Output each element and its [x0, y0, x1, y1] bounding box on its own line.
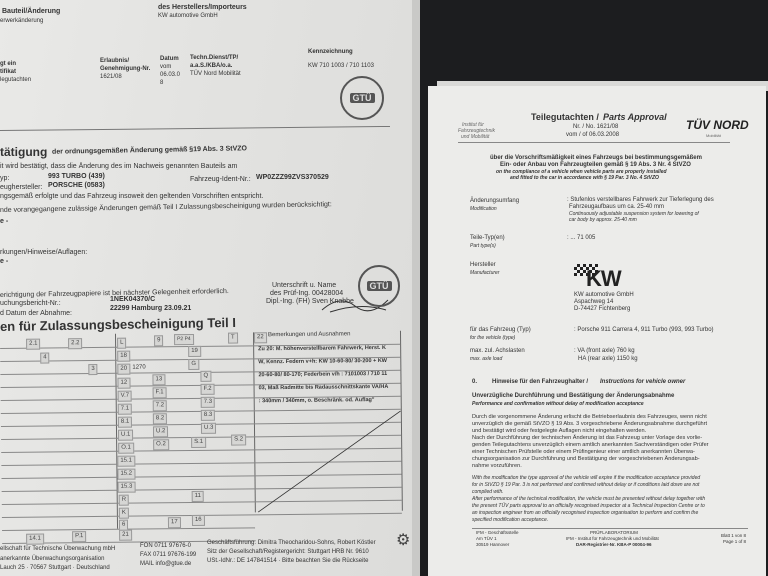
- permit-label-2: Genehmigung-Nr.: [100, 66, 150, 72]
- footer-city: 30519 Hannover: [476, 542, 509, 547]
- field-P2-P4: P2 P4: [174, 334, 194, 345]
- manufacturer-name: KW automotive GmbH: [574, 292, 634, 298]
- marking-value: KW 710 1003 / 710 1103: [308, 63, 374, 69]
- document-date: vom / of 06.03.2008: [566, 132, 619, 138]
- vehicle-type-label: für das Fahrzeug (Typ): [470, 327, 531, 333]
- field-K: K: [119, 508, 129, 519]
- body-line: Durch die vorgenommene Änderung erlischt…: [472, 414, 707, 420]
- vehicle-type-label-en: for the vehicle (type): [470, 335, 515, 341]
- section-title-en: Instructions for vehicle owner: [600, 379, 685, 385]
- date-value: 06.03.0: [160, 72, 180, 78]
- body-line: for in StVZO § 19 Par. 3 is not performe…: [472, 482, 699, 488]
- date-value-2: 8: [160, 80, 163, 86]
- remarks-label: rkungen/Hinweise/Auflagen:: [0, 249, 87, 256]
- footer-lab: PRÜFLABORATORIUM: [590, 530, 638, 535]
- manufacturer-label: des Herstellers/Importeurs: [158, 4, 247, 11]
- body-line: genden Teilegutachtens unverzüglich eine…: [472, 442, 709, 448]
- body-line: After performance of the technical modif…: [472, 496, 705, 502]
- paper-edge: [412, 0, 420, 576]
- field-O2: O.2: [153, 439, 169, 450]
- field-O1: O.1: [118, 443, 134, 454]
- front-axle-load: : VA (front axle) 760 kg: [574, 348, 635, 354]
- footer-office: IFM - Geschäftsstelle: [476, 530, 519, 535]
- date-label: Datum: [160, 56, 179, 62]
- section-title-de: Hinweise für den Fahrzeughalter /: [492, 379, 588, 385]
- modification-value-en-2: car body by approx. 25-40 mm: [569, 217, 637, 223]
- remarks-line: Zu 20: M. höhenverstellbarem Fahrwerk, H…: [258, 345, 386, 352]
- field-3: 3: [88, 364, 97, 375]
- remarks-none: e -: [0, 258, 8, 265]
- body-line: chungsorganisation zur Durchführung und …: [472, 456, 700, 462]
- field-S1: S.1: [191, 437, 206, 448]
- type-value: 993 TURBO (439): [48, 173, 105, 180]
- confirmation-line: it wird bestätigt, dass die Änderung des…: [0, 163, 237, 170]
- sub-title-en: Performance and confirmation without del…: [472, 401, 644, 407]
- body-line: the present TÜV parts approval to an off…: [472, 503, 705, 509]
- field-15-1: 15.1: [117, 456, 135, 467]
- confirmation-title: tätigung: [0, 145, 47, 159]
- field-7-3: 7.3: [201, 397, 215, 408]
- field-18: 18: [117, 351, 130, 362]
- field-8-2: 8.2: [153, 413, 167, 424]
- field-20: 20: [117, 364, 130, 375]
- service-label: Techn.Dienst/TP/: [190, 55, 238, 61]
- tuv-nord-logo: TÜV NORD: [686, 118, 749, 132]
- permit-label: Erlaubnis/: [100, 58, 129, 64]
- institute-line-3: und Mobilität: [461, 134, 489, 140]
- footer-fax: FAX 0711 97676-199: [140, 552, 196, 558]
- field-11: 11: [192, 491, 204, 502]
- subtitle-de-2: Ein- oder Anbau von Fahrzeugteilen gemäß…: [500, 162, 691, 168]
- axle-load-label: max. zul. Achslasten: [470, 348, 525, 354]
- modification-value: : Stufenlos verstellbares Fahrwerk zur T…: [567, 197, 714, 203]
- footer-company-2: anerkannte Überwachungsorganisation: [0, 556, 104, 562]
- place-date-label: d Datum der Abnahme:: [0, 310, 72, 317]
- inspection-stamp-signature: GTÜ: [358, 265, 400, 307]
- axle-load-label-en: max. axle load: [470, 356, 502, 362]
- document-title-de: Teilegutachten /: [531, 112, 599, 122]
- footer-registration: DAR-Registrier-Nr. KBA-P 00004-96: [576, 542, 651, 547]
- row-left-1: gt ein: [0, 61, 16, 67]
- gtue-logo: GTÜ: [350, 93, 375, 103]
- page-indicator-en: Page 1 of 8: [723, 539, 746, 544]
- footer-institute: IFM - Institut für Fahrzeugtechnik und M…: [566, 536, 659, 541]
- footer-seat: Sitz der Gesellschaft/Registergericht: S…: [207, 549, 369, 555]
- field-2-1: 2.1: [26, 339, 40, 350]
- conformity-line: ngsgemäß erfolgte und das Fahrzeug insow…: [0, 193, 263, 200]
- modification-label: Änderungsumfang: [470, 198, 519, 204]
- gtue-logo-2: GTÜ: [367, 281, 392, 291]
- vin-value: WP0ZZZ99ZVS370529: [256, 174, 329, 181]
- vehicle-type-value: : Porsche 911 Carrera 4, 911 Turbo (993,…: [574, 327, 714, 333]
- field-7-2: 7.2: [153, 400, 167, 411]
- body-line: specified modification acceptance.: [472, 517, 548, 523]
- sub-title-de: Unverzügliche Durchführung und Bestätigu…: [472, 393, 674, 399]
- field-12: 12: [117, 378, 130, 389]
- tuv-nord-sub: Mobilität: [706, 133, 721, 138]
- maker-label: eughersteller:: [0, 184, 42, 191]
- footer-street: Am TÜV 1: [476, 536, 497, 541]
- type-label: yp:: [0, 175, 9, 182]
- body-line: an inspection engineer from an officiall…: [472, 510, 698, 516]
- service-value: TÜV Nord Mobilität: [190, 71, 241, 77]
- component-value: erwerkänderung: [0, 18, 43, 24]
- remarks-line: W, Kennz. Federn v+h: KW 10-60-80/ 30-20…: [258, 358, 387, 365]
- footer-address: Lauch 25 · 70567 Stuttgart · Deutschland: [0, 565, 110, 571]
- field-4: 4: [40, 352, 49, 363]
- part-type-value: : ... 71 005: [567, 235, 595, 241]
- field-8-1: 8.1: [118, 417, 132, 428]
- previous-changes-line: nde vorangegangene zulässige Änderungen …: [0, 201, 332, 214]
- inspection-stamp-top: GTÜ: [340, 76, 384, 120]
- manufacturer-city: D-74427 Fichtenberg: [574, 306, 630, 312]
- subtitle-en-2: and fitted to the car in accordance with…: [510, 175, 659, 181]
- manufacturer-label-right: Hersteller: [470, 262, 496, 268]
- field-Q: Q: [200, 371, 211, 382]
- date-label-2: vom: [160, 64, 171, 70]
- part-type-label-en: Part type(s): [470, 243, 496, 249]
- permit-value: 1621/08: [100, 74, 122, 80]
- body-line: With the modification the type approval …: [472, 475, 700, 481]
- field-8-3: 8.3: [201, 410, 215, 421]
- document-title-en: Parts Approval: [603, 112, 667, 122]
- field-U2: U.2: [153, 426, 168, 437]
- remarks-line: : 340mm / 340mm, o. Beschränk. od. Aufla…: [259, 397, 375, 404]
- field-14-1: 14.1: [26, 534, 44, 545]
- registration-table: 2.1 2.2 4 3 L 9 P2 P4 T 18 19 20 1270 G …: [0, 331, 407, 530]
- left-document: Bauteil/Änderung erwerkänderung des Hers…: [0, 0, 412, 576]
- field-F2: F.2: [201, 384, 215, 395]
- right-document: Institut für Fahrzeugtechnik und Mobilit…: [428, 86, 766, 576]
- place-date-value: 22299 Hamburg 23.09.21: [110, 305, 191, 312]
- body-line: Nach der Durchführung der technischen Än…: [472, 435, 702, 441]
- remarks-line: 20-60-80/ 80-170; Federbein v/h : 710100…: [258, 371, 387, 378]
- kw-logo: KW: [586, 266, 621, 292]
- field-U1: U.1: [118, 430, 133, 441]
- report-value: 1NEK04370/C: [110, 296, 155, 303]
- remarks-header: Bemerkungen und Ausnahmen: [268, 331, 350, 338]
- signature-label: Unterschrift u. Name: [272, 282, 336, 289]
- field-P1: P.1: [72, 531, 86, 542]
- field-F1: F.1: [153, 387, 167, 398]
- field-V7: V.7: [118, 391, 133, 402]
- field-16: 16: [192, 515, 205, 526]
- gtue-emblem-icon: ⚙: [396, 530, 410, 550]
- field-2-2: 2.2: [68, 338, 82, 349]
- field-T: T: [228, 333, 238, 344]
- manufacturer-label-en: Manufacturer: [470, 270, 499, 276]
- registration-table-title: en für Zulassungsbescheinigung Teil I: [0, 315, 236, 334]
- field-L: L: [117, 338, 126, 349]
- remarks-line: 03, Maß Radmitte bis Radausschnittskante…: [259, 384, 389, 391]
- body-line: complied with.: [472, 489, 504, 495]
- service-label-2: a.a.S./KBA/o.a.: [190, 63, 232, 69]
- manufacturer-value: KW automotive GmbH: [158, 13, 218, 19]
- field-U3: U.3: [201, 423, 216, 434]
- body-line: und bestätigt wird oder festgelegte Aufl…: [472, 428, 646, 434]
- footer-phone: FON 0711 97676-0: [140, 543, 191, 549]
- vin-label: Fahrzeug-Ident-Nr.:: [190, 176, 251, 183]
- field-R: R: [119, 495, 129, 506]
- body-line: nahme vorzuführen.: [472, 463, 522, 469]
- page-indicator-de: Blatt 1 von 8: [721, 533, 746, 538]
- field-17: 17: [168, 517, 181, 528]
- row-left-2: tifikat: [0, 69, 16, 75]
- field-13: 13: [152, 374, 165, 385]
- subtitle-de-1: über die Vorschriftsmäßigkeit eines Fahr…: [490, 155, 702, 161]
- field-22: 22: [254, 332, 267, 343]
- field-9: 9: [154, 335, 163, 346]
- modification-value-2: Fahrzeugaufbaus um ca. 25-40 mm: [569, 204, 664, 210]
- previous-changes-none: e -: [0, 218, 8, 225]
- confirmation-subtitle: der ordnungsgemäßen Änderung gemäß §19 A…: [52, 145, 247, 155]
- field-7-1: 7.1: [118, 404, 132, 415]
- footer-management: Geschäftsführung: Dimitra Theocharidou-S…: [207, 540, 376, 546]
- report-label: uchungsbericht-Nr.:: [0, 300, 61, 307]
- body-line: unverzüglich die gemäß StVZO § 19 Abs. 3…: [472, 421, 707, 427]
- field-20-value: 1270: [132, 364, 145, 370]
- section-number: 0.: [472, 379, 477, 385]
- footer-vat: USt.-IdNr.: DE 147841514 · Bitte beachte…: [207, 558, 368, 564]
- document-number: Nr. / No. 1621/08: [573, 124, 618, 130]
- field-19: 19: [188, 346, 201, 357]
- footer-mail[interactable]: MAIL info@gtue.de: [140, 561, 191, 567]
- strike-diagonal: [257, 411, 402, 513]
- modification-label-en: Modification: [470, 206, 497, 212]
- manufacturer-street: Aspachweg 14: [574, 299, 613, 305]
- marking-label: Kennzeichnung: [308, 49, 353, 55]
- field-21: 21: [119, 530, 132, 541]
- field-G: G: [188, 359, 199, 370]
- row-left-3: legutachten: [0, 77, 31, 83]
- maker-value: PORSCHE (0583): [48, 182, 105, 189]
- field-15-2: 15.2: [117, 469, 135, 480]
- field-15-3: 15.3: [118, 482, 136, 493]
- field-S2: S.2: [231, 434, 246, 445]
- rear-axle-load: HA (rear axle) 1150 kg: [578, 356, 638, 362]
- part-type-label: Teile-Typ(en): [470, 235, 505, 241]
- footer-company: ellschaft für Technische Überwachung mbH: [0, 546, 115, 552]
- component-label: Bauteil/Änderung: [2, 8, 60, 15]
- body-line: einer Technischen Prüfstelle oder einem …: [472, 449, 695, 455]
